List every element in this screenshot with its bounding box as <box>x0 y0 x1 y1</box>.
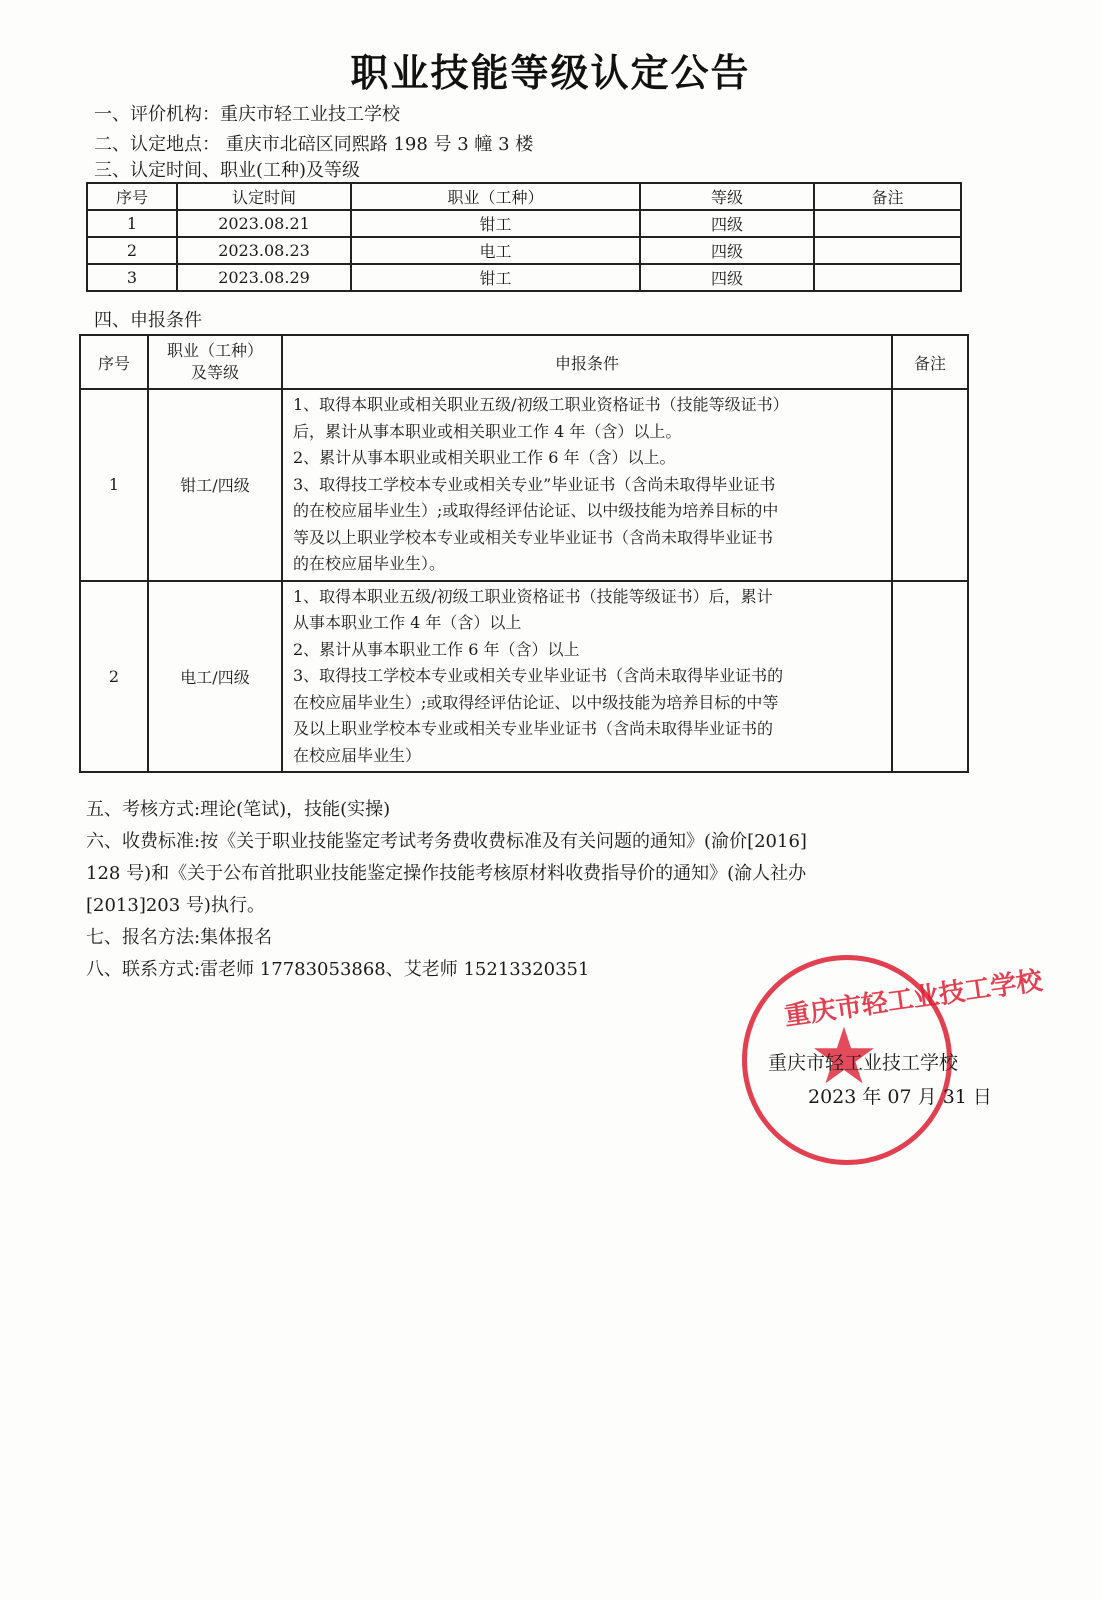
cell-no: 2 <box>87 237 177 264</box>
signature-date: 2023 年 07 月 31 日 <box>808 1082 992 1109</box>
cell-level: 四级 <box>640 210 814 237</box>
cell-no: 1 <box>87 210 177 237</box>
col-header-occupation-line2: 及等级 <box>149 362 281 384</box>
cell-occupation: 电工/四级 <box>148 581 282 773</box>
table-row: 2 2023.08.23 电工 四级 <box>87 237 961 264</box>
table-row: 1 钳工/四级 1、取得本职业或相关职业五级/初级工职业资格证书（技能等级证书）… <box>80 389 968 581</box>
col-header-remarks: 备注 <box>892 335 968 389</box>
condition-line: 1、取得本职业五级/初级工职业资格证书（技能等级证书）后，累计 <box>293 584 883 611</box>
col-header-date: 认定时间 <box>177 183 351 210</box>
condition-line: 3、取得技工学校本专业或相关专业毕业证书（含尚未取得毕业证书的 <box>293 663 883 690</box>
cell-date: 2023.08.29 <box>177 264 351 291</box>
cell-occupation: 钳工 <box>351 264 640 291</box>
cell-remarks <box>892 581 968 773</box>
schedule-table: 序号 认定时间 职业（工种） 等级 备注 1 2023.08.21 钳工 四级 … <box>86 182 962 292</box>
condition-line: 在校应届毕业生）;或取得经评估论证、以中级技能为培养目标的中等 <box>293 690 883 717</box>
condition-line: 的在校应届毕业生）;或取得经评估论证、以中级技能为培养目标的中 <box>293 498 883 525</box>
cell-no: 2 <box>80 581 148 773</box>
table-header-row: 序号 职业（工种） 及等级 申报条件 备注 <box>80 335 968 389</box>
table-row: 1 2023.08.21 钳工 四级 <box>87 210 961 237</box>
cell-level: 四级 <box>640 264 814 291</box>
section-schedule-heading: 三、认定时间、职业(工种)及等级 <box>94 156 360 182</box>
cell-conditions: 1、取得本职业五级/初级工职业资格证书（技能等级证书）后，累计 从事本职业工作 … <box>282 581 892 773</box>
section-fee-line3: [2013]203 号)执行。 <box>86 890 1016 922</box>
col-header-no: 序号 <box>80 335 148 389</box>
condition-line: 1、取得本职业或相关职业五级/初级工职业资格证书（技能等级证书） <box>293 392 883 419</box>
col-header-conditions: 申报条件 <box>282 335 892 389</box>
condition-line: 的在校应届毕业生）。 <box>293 551 883 578</box>
section-registration: 七、报名方法:集体报名 <box>86 922 1016 954</box>
cell-remarks <box>892 389 968 581</box>
cell-remarks <box>814 237 961 264</box>
condition-line: 从事本职业工作 4 年（含）以上 <box>293 610 883 637</box>
section-evaluation-org: 一、评价机构：重庆市轻工业技工学校 <box>94 100 400 126</box>
section-conditions-heading: 四、申报条件 <box>94 306 202 332</box>
table-row: 2 电工/四级 1、取得本职业五级/初级工职业资格证书（技能等级证书）后，累计 … <box>80 581 968 773</box>
cell-no: 1 <box>80 389 148 581</box>
condition-line: 2、累计从事本职业或相关职业工作 6 年（含）以上。 <box>293 445 883 472</box>
condition-line: 后，累计从事本职业或相关职业工作 4 年（含）以上。 <box>293 419 883 446</box>
cell-date: 2023.08.23 <box>177 237 351 264</box>
cell-occupation: 电工 <box>351 237 640 264</box>
col-header-occupation-line1: 职业（工种） <box>149 340 281 362</box>
section-location: 二、认定地点： 重庆市北碚区同熙路 198 号 3 幢 3 楼 <box>94 130 533 156</box>
signature-organization: 重庆市轻工业技工学校 <box>768 1048 958 1075</box>
cell-occupation: 钳工 <box>351 210 640 237</box>
col-header-level: 等级 <box>640 183 814 210</box>
col-header-no: 序号 <box>87 183 177 210</box>
condition-line: 3、取得技工学校本专业或相关专业”毕业证书（含尚未取得毕业证书 <box>293 472 883 499</box>
condition-line: 2、累计从事本职业工作 6 年（含）以上 <box>293 637 883 664</box>
condition-line: 在校应届毕业生） <box>293 743 883 770</box>
cell-remarks <box>814 264 961 291</box>
conditions-table: 序号 职业（工种） 及等级 申报条件 备注 1 钳工/四级 1、取得本职业或相关… <box>79 334 969 773</box>
cell-occupation: 钳工/四级 <box>148 389 282 581</box>
col-header-occupation: 职业（工种） 及等级 <box>148 335 282 389</box>
section-fee-line1: 六、收费标准:按《关于职业技能鉴定考试考务费收费标准及有关问题的通知》(渝价[2… <box>86 826 1016 858</box>
table-row: 3 2023.08.29 钳工 四级 <box>87 264 961 291</box>
section-assessment-method: 五、考核方式:理论(笔试)，技能(实操) <box>86 794 1016 826</box>
cell-remarks <box>814 210 961 237</box>
cell-date: 2023.08.21 <box>177 210 351 237</box>
document-title: 职业技能等级认定公告 <box>0 42 1101 97</box>
condition-line: 及以上职业学校本专业或相关专业毕业证书（含尚未取得毕业证书的 <box>293 716 883 743</box>
cell-conditions: 1、取得本职业或相关职业五级/初级工职业资格证书（技能等级证书） 后，累计从事本… <box>282 389 892 581</box>
table-header-row: 序号 认定时间 职业（工种） 等级 备注 <box>87 183 961 210</box>
col-header-remarks: 备注 <box>814 183 961 210</box>
col-header-occupation: 职业（工种） <box>351 183 640 210</box>
condition-line: 等及以上职业学校本专业或相关专业毕业证书（含尚未取得毕业证书 <box>293 525 883 552</box>
cell-level: 四级 <box>640 237 814 264</box>
cell-no: 3 <box>87 264 177 291</box>
section-body: 五、考核方式:理论(笔试)，技能(实操) 六、收费标准:按《关于职业技能鉴定考试… <box>86 794 1016 986</box>
section-fee-line2: 128 号)和《关于公布首批职业技能鉴定操作技能考核原材料收费指导价的通知》(渝… <box>86 858 1016 890</box>
